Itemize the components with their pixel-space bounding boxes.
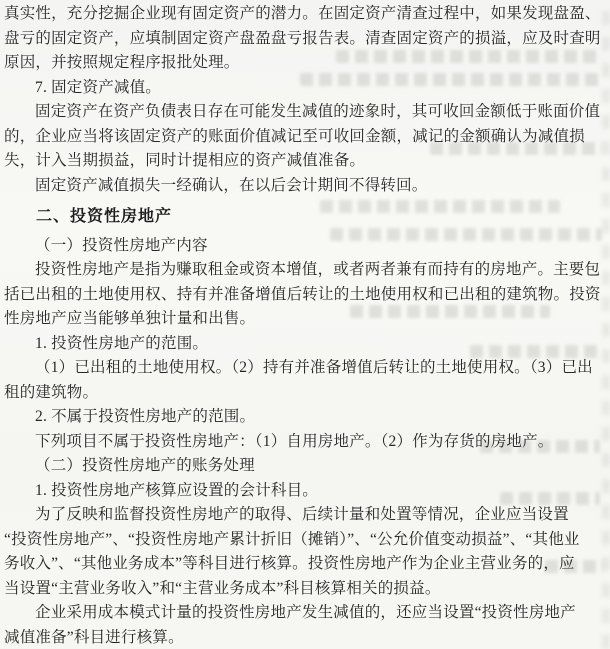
text-line: （一）投资性房地产内容 [4,234,607,259]
text-line: 企业采用成本模式计量的投资性房地产发生减值的，还应当设置“投资性房地产 [4,601,607,626]
text-line: 1. 投资性房地产的范围。 [4,332,607,357]
text-line: 固定资产在资产负债表日存在可能发生减值的迹象时，其可收回金额低于账面价值 [4,100,607,125]
text-line: （1）已出租的土地使用权。（2）持有并准备增值后转让的土地使用权。（3）已出 [4,356,607,381]
text-line: 括已出租的土地使用权、持有并准备增值后转让的土地使用权和已出租的建筑物。投资 [4,283,607,308]
text-line: 固定资产减值损失一经确认，在以后会计期间不得转回。 [4,174,607,199]
text-line: 2. 不属于投资性房地产的范围。 [4,405,607,430]
text-line: 真实性，充分挖掘企业现有固定资产的潜力。在固定资产清查过程中，如果发现盘盈、 [4,2,607,27]
text-line: 的，企业应当将该固定资产的账面价值减记至可收回金额，减记的金额确认为减值损 [4,125,607,150]
text-line: 减值准备”科目进行核算。 [4,626,607,649]
text-line: 为了反映和监督投资性房地产的取得、后续计量和处置等情况，企业应当设置 [4,503,607,528]
text-line: 1. 投资性房地产核算应设置的会计科目。 [4,479,607,504]
text-line: （二）投资性房地产的账务处理 [4,454,607,479]
text-line: 7. 固定资产减值。 [4,76,607,101]
text-line: 投资性房地产是指为赚取租金或资本增值，或者两者兼有而持有的房地产。主要包 [4,258,607,283]
text-line: 失，计入当期损益，同时计提相应的资产减值准备。 [4,149,607,174]
text-line: 务收入”、“其他业务成本”等科目进行核算。投资性房地产作为企业主营业务的，应 [4,552,607,577]
text-column: 真实性，充分挖掘企业现有固定资产的潜力。在固定资产清查过程中，如果发现盘盈、盘亏… [4,2,607,649]
text-line: 下列项目不属于投资性房地产：（1）自用房地产。（2）作为存货的房地产。 [4,430,607,455]
text-line: 盘亏的固定资产，应填制固定资产盘盈盘亏报告表。清查固定资产的损溢，应及时查明 [4,27,607,52]
text-line: 原因，并按照规定程序报批处理。 [4,51,607,76]
text-line: “投资性房地产”、“投资性房地产累计折旧（摊销）”、“公允价值变动损益”、“其他… [4,528,607,553]
text-line: 租的建筑物。 [4,381,607,406]
document-page: 真实性，充分挖掘企业现有固定资产的潜力。在固定资产清查过程中，如果发现盘盈、盘亏… [0,0,610,649]
text-line: 性房地产应当能够单独计量和出售。 [4,307,607,332]
section-heading: 二、投资性房地产 [4,205,607,230]
text-line: 当设置“主营业务收入”和“主营业务成本”科目核算相关的损益。 [4,577,607,602]
